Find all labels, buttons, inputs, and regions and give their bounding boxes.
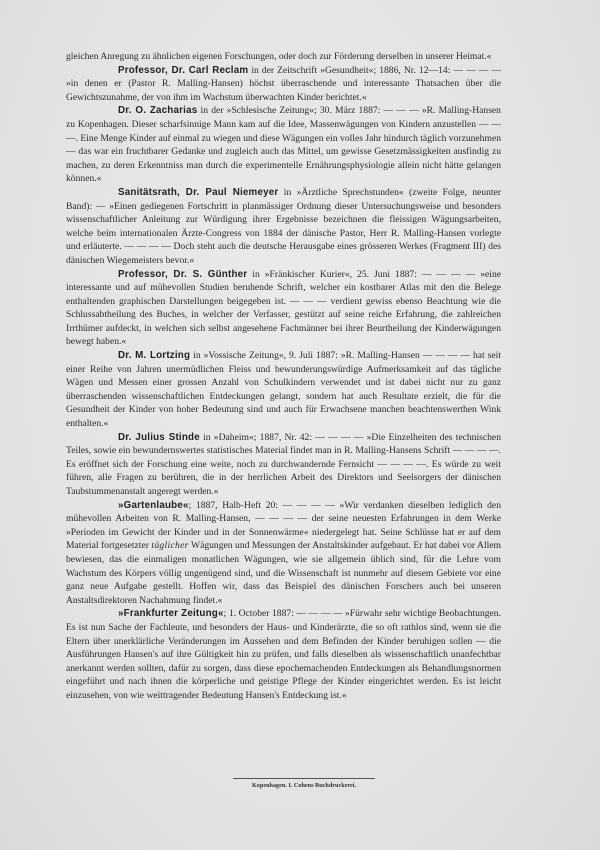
review-text: in »Ärztliche Sprechstunden« (zweite Fol…: [66, 187, 501, 266]
review-entry-gartenlaube: »Gartenlaube«; 1887, Halb-Heft 20: — — —…: [66, 499, 501, 608]
printer-imprint: Kopenhagen. I. Cohens Buchdruckerei.: [233, 782, 375, 789]
emphasized-word: täglicher: [151, 540, 188, 551]
review-text: in »Vossische Zeitung«, 9. Juli 1887: »R…: [66, 350, 501, 429]
scanned-document-page: gleichen Anregung zu ähnlichen eigenen F…: [0, 0, 600, 850]
review-entry-niemeyer: Sanitätsrath, Dr. Paul Niemeyer in »Ärzt…: [66, 186, 501, 268]
review-text: in »Fränkischer Kurier«, 25. Juni 1887: …: [66, 269, 501, 348]
author-name: Professor, Dr. Carl Reclam: [118, 65, 248, 76]
review-text: in der »Schlesische Zeitung«; 30. März 1…: [66, 105, 501, 184]
document-body: gleichen Anregung zu ähnlichen eigenen F…: [66, 50, 501, 703]
author-name: Dr. M. Lortzing: [118, 350, 190, 361]
author-name: Dr. O. Zacharias: [118, 105, 197, 116]
review-entry-zacharias: Dr. O. Zacharias in der »Schlesische Zei…: [66, 104, 501, 186]
review-entry-frankfurter: »Frankfurter Zeitung«; 1. October 1887: …: [66, 607, 501, 702]
author-name: Professor, Dr. S. Günther: [118, 269, 247, 280]
publication-name: »Gartenlaube«: [118, 500, 189, 511]
review-entry-stinde: Dr. Julius Stinde in »Daheim«; 1887, Nr.…: [66, 431, 501, 499]
publication-name: »Frankfurter Zeitung«: [118, 608, 224, 619]
opening-paragraph: gleichen Anregung zu ähnlichen eigenen F…: [66, 50, 501, 64]
review-entry-lortzing: Dr. M. Lortzing in »Vossische Zeitung«, …: [66, 349, 501, 431]
author-name: Dr. Julius Stinde: [118, 432, 200, 443]
review-entry-reclam: Professor, Dr. Carl Reclam in der Zeitsc…: [66, 64, 501, 105]
footer-divider: [233, 778, 375, 779]
author-name: Sanitätsrath, Dr. Paul Niemeyer: [118, 187, 278, 198]
review-entry-guenther: Professor, Dr. S. Günther in »Fränkische…: [66, 268, 501, 350]
review-text: ; 1. October 1887: — — — — »Fürwahr sehr…: [66, 608, 501, 701]
